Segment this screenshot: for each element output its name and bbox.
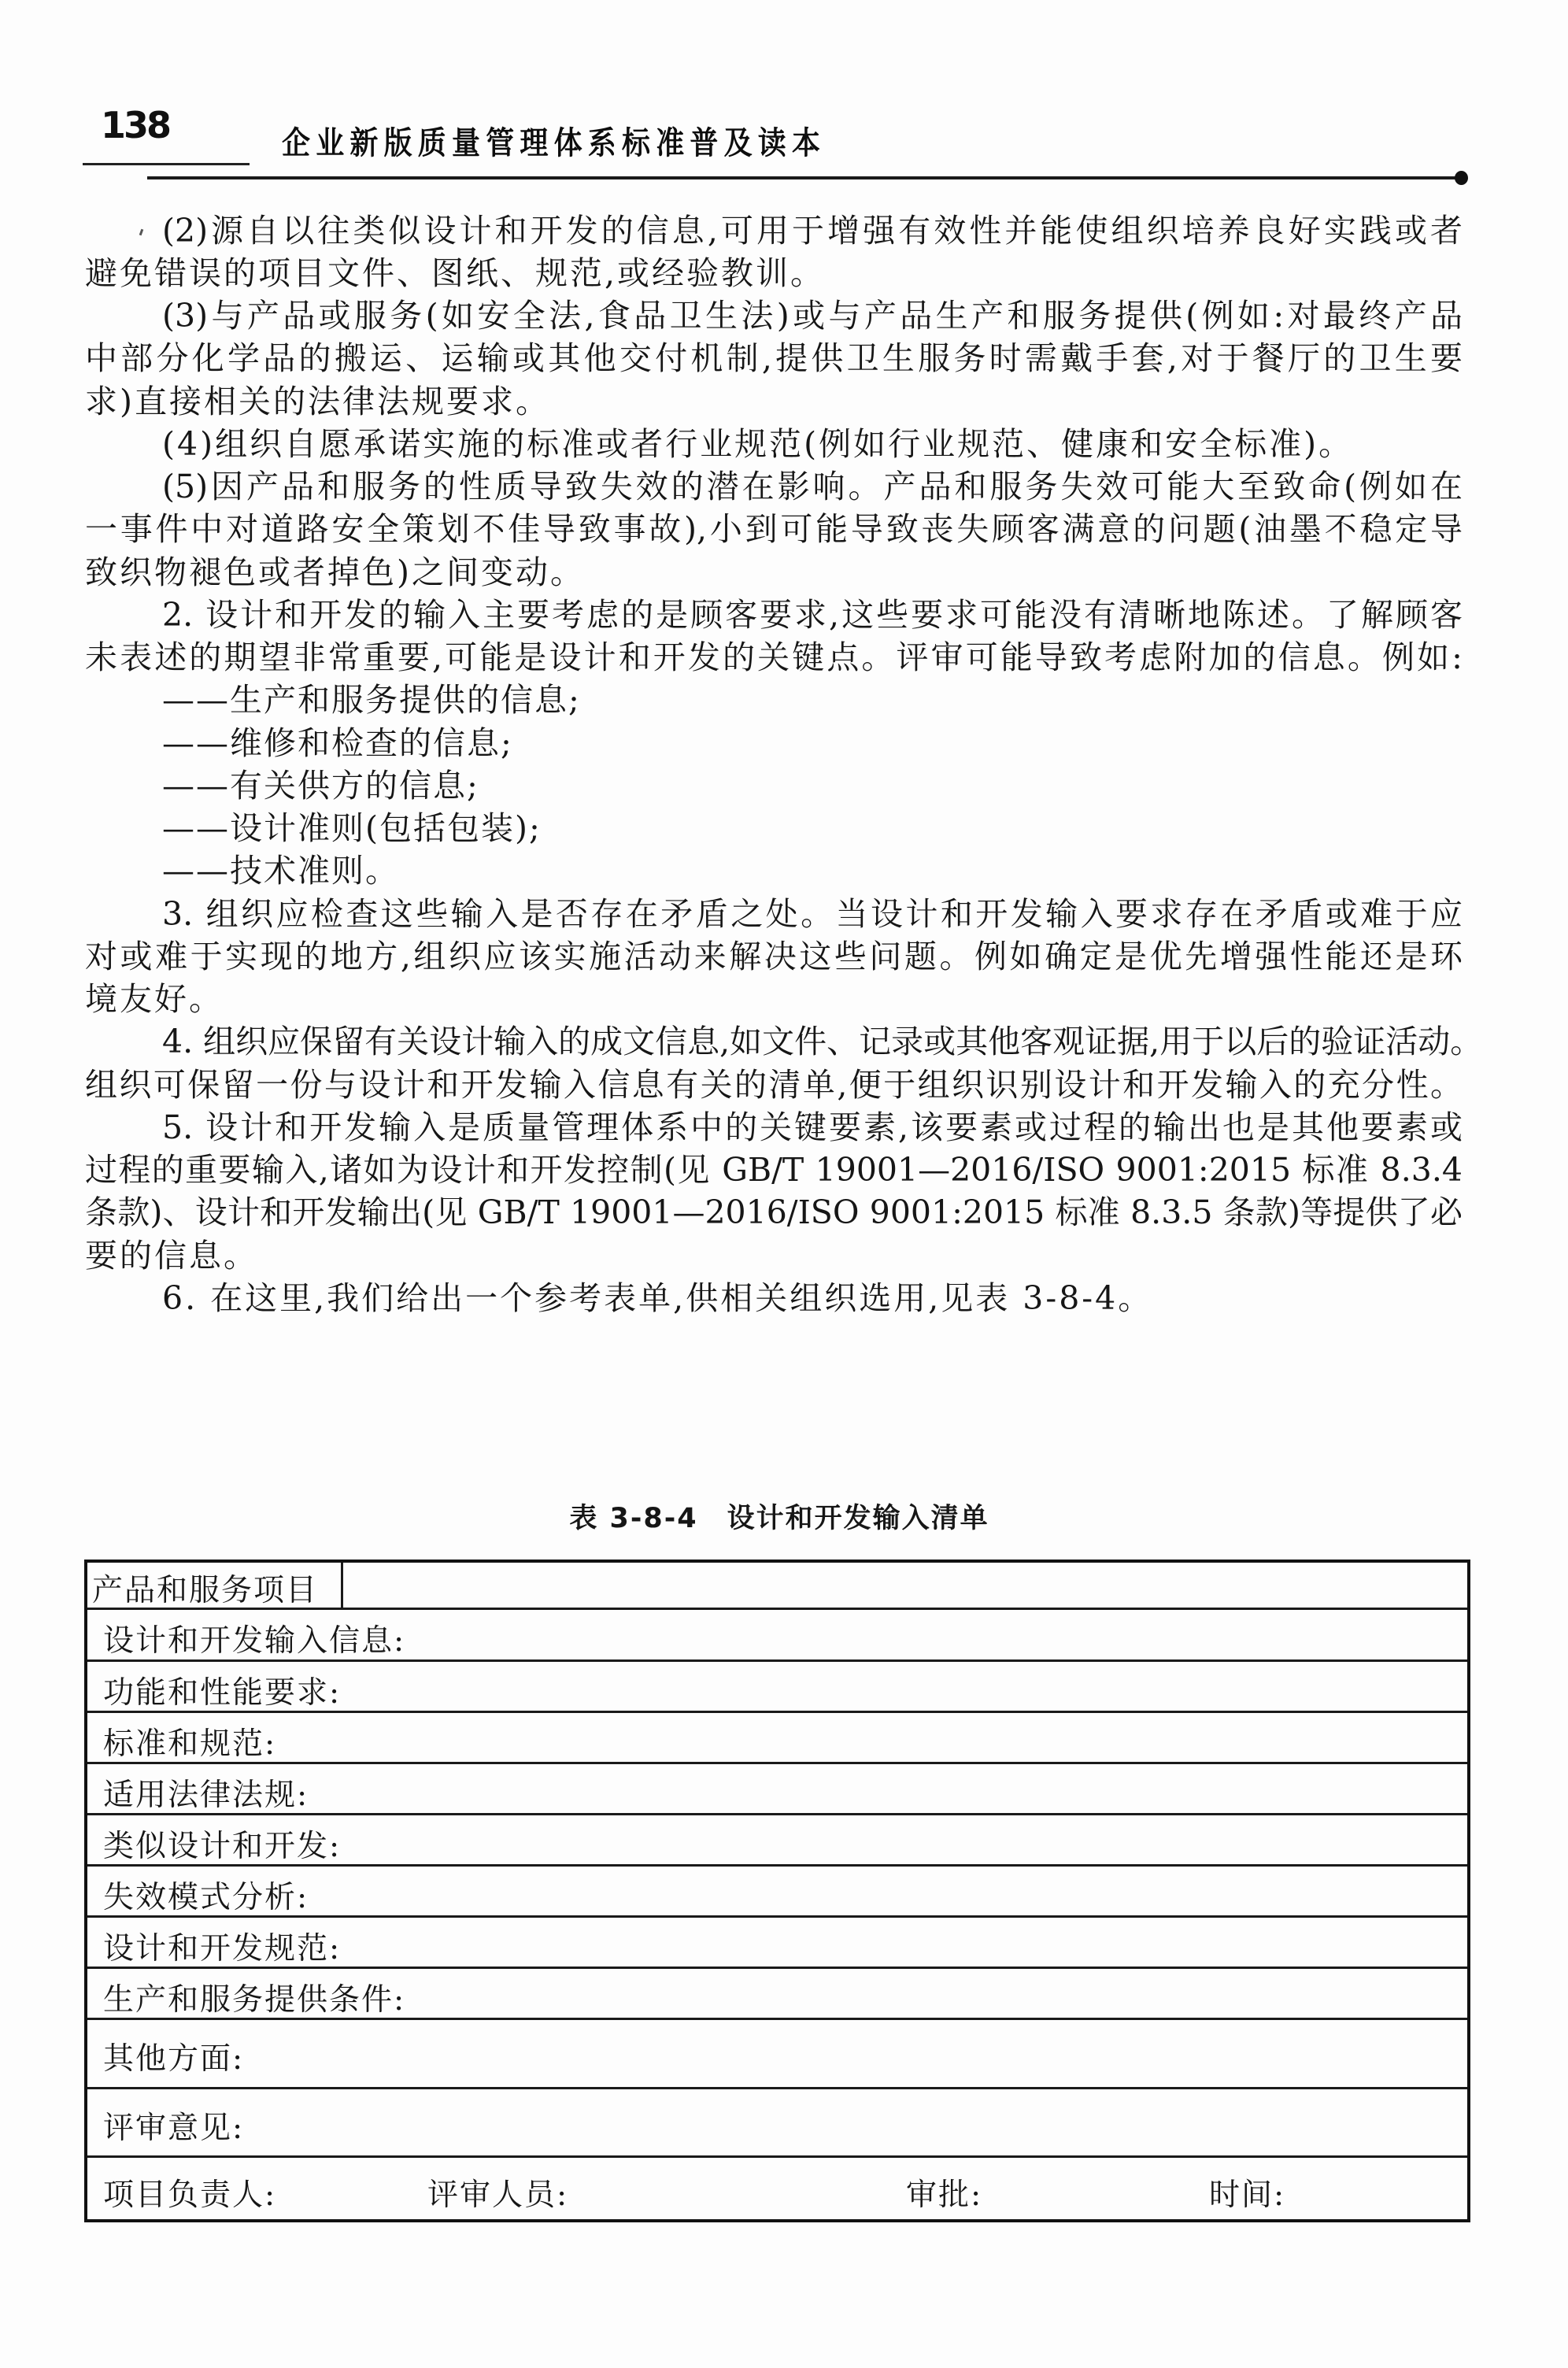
table-footer-row: 项目负责人: 评审人员: 审批: 时间: xyxy=(87,2158,1467,2222)
function-performance-label: 功能和性能要求: xyxy=(103,1668,341,1712)
text-line: 组织可保留一份与设计和开发输入信息有关的清单,便于组织识别设计和开发输入的充分性… xyxy=(85,1064,1463,1106)
scan-speck xyxy=(139,229,144,236)
text-line: 一事件中对道路安全策划不佳导致事故),小到可能导致丧失顾客满意的问题(油墨不稳定… xyxy=(85,508,1463,550)
design-spec-label: 设计和开发规范: xyxy=(103,1924,341,1968)
text-line: 致织物褪色或者掉色)之间变动。 xyxy=(85,551,1463,594)
table-row[interactable]: 标准和规范: xyxy=(87,1713,1467,1764)
table-row[interactable]: 设计和开发规范: xyxy=(87,1918,1467,1969)
date-field[interactable]: 时间: xyxy=(1209,2170,1285,2214)
text-line: 过程的重要输入,诸如为设计和开发控制(见 GB/T 19001—2016/ISO… xyxy=(85,1149,1463,1191)
list-item: ——技术准则。 xyxy=(162,849,399,892)
reviewers-field[interactable]: 评审人员: xyxy=(427,2170,568,2214)
text-line: (3)与产品或服务(如安全法,食品卫生法)或与产品生产和服务提供(例如:对最终产… xyxy=(162,294,1463,337)
text-line: 求)直接相关的法律法规要求。 xyxy=(85,380,1463,423)
text-line: 对或难于实现的地方,组织应该实施活动来解决这些问题。例如确定是优先增强性能还是环 xyxy=(85,935,1463,978)
running-book-title: 企业新版质量管理体系标准普及读本 xyxy=(282,124,826,163)
table-row[interactable]: 类似设计和开发: xyxy=(87,1815,1467,1867)
page-number-underline xyxy=(83,163,250,165)
table-row[interactable]: 生产和服务提供条件: xyxy=(87,1969,1467,2020)
book-page: 138 企业新版质量管理体系标准普及读本 (2)源自以往类似设计和开发的信息,可… xyxy=(0,0,1568,2368)
other-aspects-label: 其他方面: xyxy=(103,2034,244,2078)
text-line: 避免错误的项目文件、图纸、规范,或经验教训。 xyxy=(85,252,1463,294)
standards-label: 标准和规范: xyxy=(103,1719,276,1763)
design-input-checklist-table: 产品和服务项目 设计和开发输入信息: 功能和性能要求: 标准和规范: 适用法律法… xyxy=(84,1560,1470,2222)
text-line: 3. 组织应检查这些输入是否存在矛盾之处。当设计和开发输入要求存在矛盾或难于应 xyxy=(162,893,1463,935)
text-line: (2)源自以往类似设计和开发的信息,可用于增强有效性并能使组织培养良好实践或者 xyxy=(162,209,1463,252)
text-line: 5. 设计和开发输入是质量管理体系中的关键要素,该要素或过程的输出也是其他要素或 xyxy=(162,1106,1463,1149)
text-line: 要的信息。 xyxy=(85,1234,1463,1277)
list-item: ——有关供方的信息; xyxy=(162,764,479,807)
list-item: ——设计准则(包括包装); xyxy=(162,807,542,849)
table-row[interactable]: 其他方面: xyxy=(87,2020,1467,2089)
text-line: (5)因产品和服务的性质导致失效的潜在影响。产品和服务失效可能大至致命(例如在 xyxy=(162,465,1463,508)
text-line: 6. 在这里,我们给出一个参考表单,供相关组织选用,见表 3-8-4。 xyxy=(162,1277,1463,1319)
review-opinion-label: 评审意见: xyxy=(103,2103,244,2148)
table-row[interactable]: 适用法律法规: xyxy=(87,1764,1467,1815)
production-conditions-label: 生产和服务提供条件: xyxy=(103,1975,405,2019)
table-row[interactable]: 评审意见: xyxy=(87,2089,1467,2158)
design-input-info-label: 设计和开发输入信息: xyxy=(103,1616,405,1660)
header-rule-dot-icon xyxy=(1455,171,1468,185)
table-caption: 表 3-8-4 设计和开发输入清单 xyxy=(543,1500,1015,1537)
similar-designs-label: 类似设计和开发: xyxy=(103,1822,341,1866)
approval-field[interactable]: 审批: xyxy=(906,2170,982,2214)
list-item: ——生产和服务提供的信息; xyxy=(162,679,581,721)
failure-mode-analysis-label: 失效模式分析: xyxy=(103,1873,309,1917)
project-lead-field[interactable]: 项目负责人: xyxy=(103,2170,276,2214)
text-line: 中部分化学品的搬运、运输或其他交付机制,提供卫生服务时需戴手套,对于餐厅的卫生要 xyxy=(85,337,1463,379)
table-row[interactable]: 失效模式分析: xyxy=(87,1867,1467,1918)
table-row[interactable]: 设计和开发输入信息: xyxy=(87,1610,1467,1662)
applicable-laws-label: 适用法律法规: xyxy=(103,1770,309,1815)
text-line: 2. 设计和开发的输入主要考虑的是顾客要求,这些要求可能没有清晰地陈述。了解顾客 xyxy=(162,594,1463,636)
page-number: 138 xyxy=(101,104,169,146)
text-line: (4)组织自愿承诺实施的标准或者行业规范(例如行业规范、健康和安全标准)。 xyxy=(162,423,1463,465)
list-item: ——维修和检查的信息; xyxy=(162,722,513,764)
table-row[interactable]: 功能和性能要求: xyxy=(87,1662,1467,1713)
text-line: 4. 组织应保留有关设计输入的成文信息,如文件、记录或其他客观证据,用于以后的验… xyxy=(162,1020,1463,1063)
header-rule xyxy=(147,176,1460,179)
text-line: 条款)、设计和开发输出(见 GB/T 19001—2016/ISO 9001:2… xyxy=(85,1191,1463,1234)
text-line: 未表述的期望非常重要,可能是设计和开发的关键点。评审可能导致考虑附加的信息。例如… xyxy=(85,636,1463,679)
text-line: 境友好。 xyxy=(85,978,1463,1020)
product-service-item-label: 产品和服务项目 xyxy=(92,1566,318,1610)
table-header-row: 产品和服务项目 xyxy=(87,1563,1467,1610)
product-service-item-field[interactable] xyxy=(343,1563,1467,1608)
